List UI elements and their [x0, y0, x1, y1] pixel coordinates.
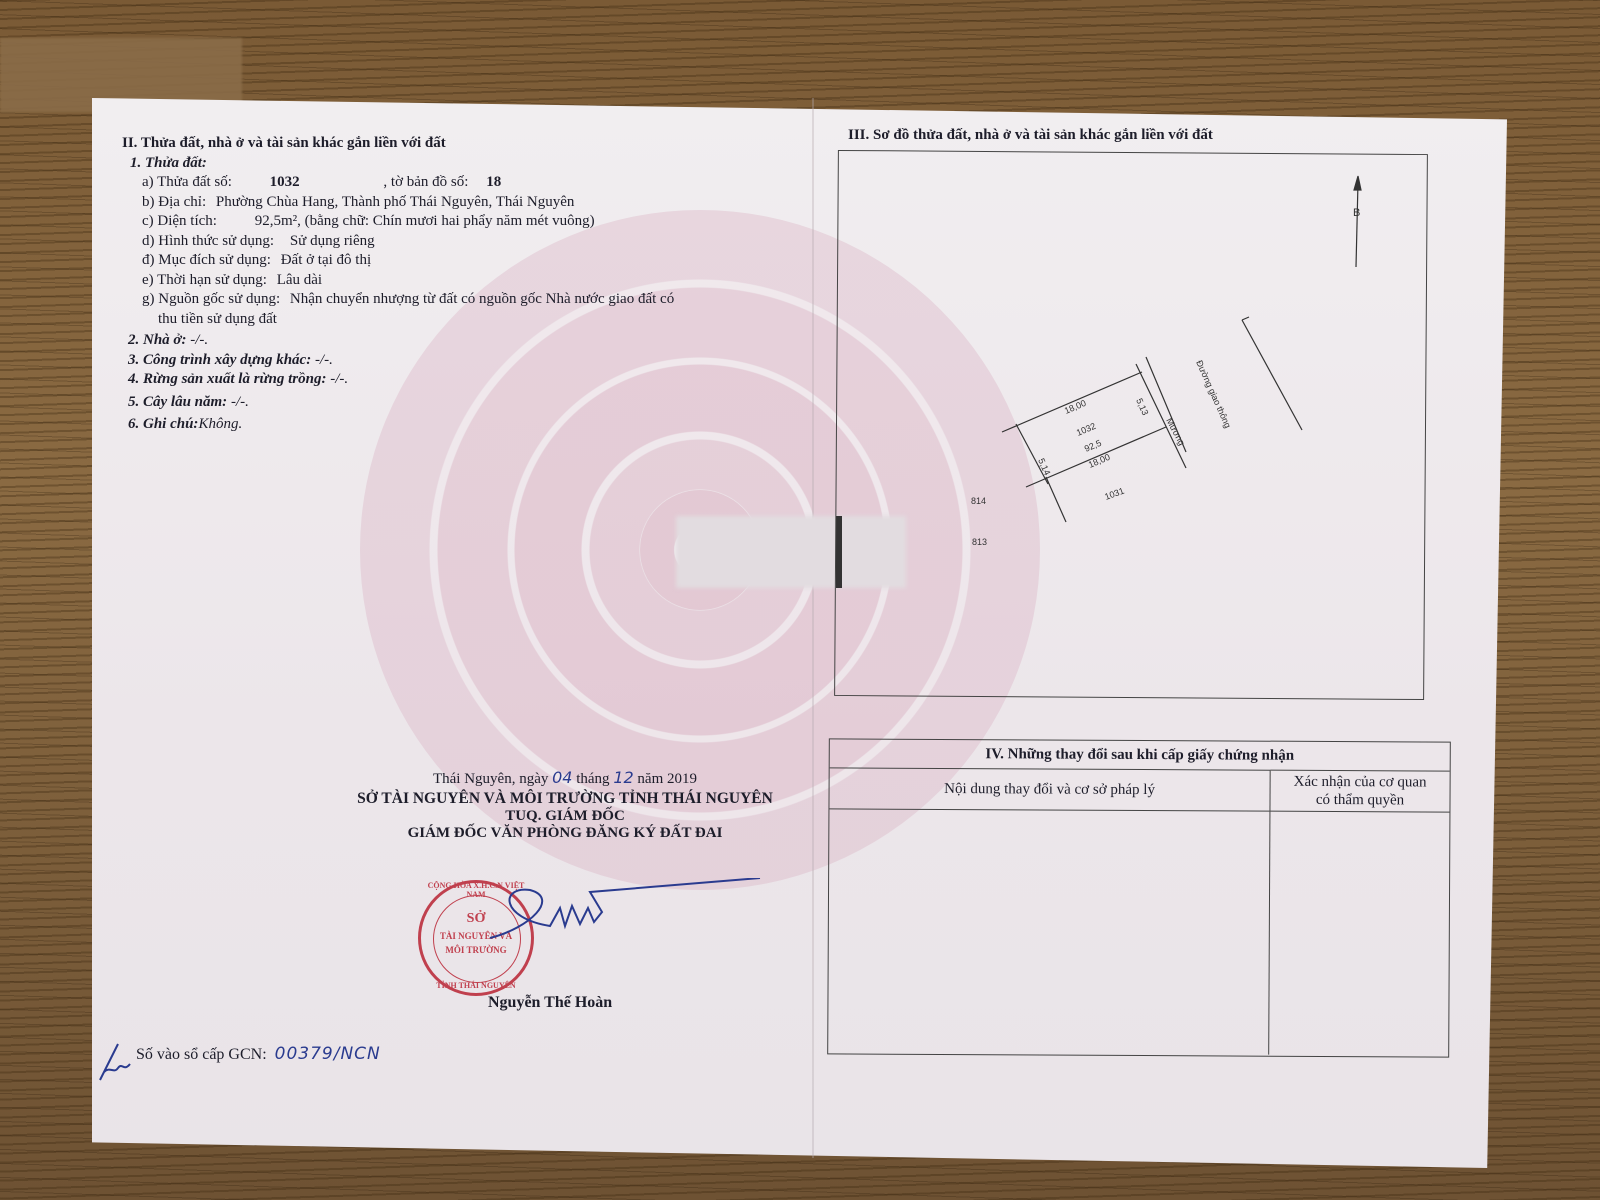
ditch-line	[1136, 364, 1186, 468]
section-land-info: II. Thửa đất, nhà ở và tài sản khác gắn …	[122, 134, 802, 435]
issue-month: 12	[613, 768, 633, 787]
address-label: b) Địa chỉ:	[142, 194, 206, 210]
map-sheet-number: 18	[486, 174, 501, 190]
area-label: c) Diện tích:	[142, 213, 217, 229]
section3-title: III. Sơ đồ thửa đất, nhà ở và tài sản kh…	[848, 127, 1213, 144]
item-production-forest: 4. Rừng sản xuất là rừng trồng: -/-.	[128, 370, 802, 390]
road-line	[1242, 320, 1302, 430]
signer-name: Nguyễn Thế Hoàn	[488, 994, 612, 1012]
issuing-org: SỞ TÀI NGUYÊN VÀ MÔI TRƯỜNG TỈNH THÁI NG…	[330, 790, 800, 808]
ditch-label: Mương	[1164, 416, 1187, 447]
issue-date: Thái Nguyên, ngày 04 tháng 12 năm 2019	[330, 768, 800, 788]
side-right-label: 5,13	[1134, 397, 1150, 417]
purpose-label: đ) Mục đích sử dụng:	[142, 252, 271, 268]
road-label: Đường giao thông	[1194, 359, 1233, 430]
use-form-value: Sử dụng riêng	[290, 233, 375, 249]
col-authority-confirmation: Xác nhận của cơ quan có thẩm quyền	[1270, 771, 1449, 813]
use-form-row: d) Hình thức sử dụng: Sử dụng riêng	[142, 232, 802, 252]
on-behalf: TUQ. GIÁM ĐỐC	[330, 808, 800, 825]
registry-value: 00379/NCN	[275, 1044, 381, 1064]
term-value: Lâu dài	[277, 272, 322, 288]
area-row: c) Diện tích: 92,5m², (bằng chữ: Chín mư…	[142, 212, 802, 232]
signer-position: GIÁM ĐỐC VĂN PHÒNG ĐĂNG KÝ ĐẤT ĐAI	[330, 825, 800, 842]
origin-label: g) Nguồn gốc sử dụng:	[142, 291, 280, 307]
north-arrow-shaft	[1356, 182, 1358, 267]
origin-row: g) Nguồn gốc sử dụng: Nhận chuyển nhượng…	[142, 290, 802, 310]
parcel-number: 1032	[270, 174, 300, 190]
neighbor-1031: 1031	[1103, 486, 1125, 502]
registry-label: Số vào sổ cấp GCN:	[136, 1046, 267, 1063]
changes-table: IV. Những thay đổi sau khi cấp giấy chứn…	[827, 738, 1451, 1057]
issue-day: 04	[552, 768, 572, 787]
item-house: 2. Nhà ở: -/-.	[128, 331, 802, 351]
term-row: e) Thời hạn sử dụng: Lâu dài	[142, 271, 802, 291]
parcel-number-label: 1032	[1075, 421, 1097, 438]
north-arrow-head	[1354, 176, 1361, 190]
neighbor-814: 814	[971, 496, 986, 506]
origin-value: Nhận chuyển nhượng từ đất có nguồn gốc N…	[290, 291, 674, 307]
land-heading: 1. Thửa đất:	[130, 154, 802, 174]
north-label: B	[1353, 207, 1360, 219]
purpose-row: đ) Mục đích sử dụng: Đất ở tại đô thị	[142, 251, 802, 271]
item-notes: 6. Ghi chú:Không.	[128, 415, 802, 435]
item-perennial-trees: 5. Cây lâu năm: -/-.	[128, 393, 802, 413]
parcel-area-label: 92,5	[1083, 438, 1103, 454]
origin-value-cont: thu tiền sử dụng đất	[158, 310, 802, 330]
purpose-value: Đất ở tại đô thị	[281, 252, 371, 268]
address-row: b) Địa chỉ: Phường Chùa Hang, Thành phố …	[142, 193, 802, 213]
item-other-construction: 3. Công trình xây dựng khác: -/-.	[128, 351, 802, 371]
use-form-label: d) Hình thức sử dụng:	[142, 233, 274, 249]
section2-title: II. Thửa đất, nhà ở và tài sản khác gắn …	[122, 134, 802, 154]
address-value: Phường Chùa Hang, Thành phố Thái Nguyên,…	[216, 194, 575, 210]
side-top-label: 18,00	[1063, 398, 1088, 416]
neighbor-813: 813	[972, 537, 987, 547]
parcel-row: a) Thửa đất số: 1032 , tờ bản đồ số: 18	[142, 173, 802, 193]
signature-block: Thái Nguyên, ngày 04 tháng 12 năm 2019 S…	[330, 768, 800, 842]
registry-number-row: Số vào sổ cấp GCN:00379/NCN	[136, 1044, 381, 1064]
page-fold	[812, 98, 814, 1158]
section4-title: IV. Những thay đổi sau khi cấp giấy chứn…	[830, 739, 1450, 771]
area-value: 92,5m², (bằng chữ: Chín mươi hai phẩy nă…	[255, 213, 595, 229]
parcel-label: a) Thửa đất số:	[142, 174, 232, 190]
parcel-diagram: B Đường giao thông Mương 18,00 1032 92,5…	[836, 152, 1426, 700]
seal-outer-bottom: TỈNH THÁI NGUYÊN	[421, 981, 531, 990]
initial-signature	[96, 1040, 136, 1084]
term-label: e) Thời hạn sử dụng:	[142, 272, 267, 288]
map-sheet-label: , tờ bản đồ số:	[383, 174, 468, 190]
handwritten-signature	[470, 878, 770, 958]
col-change-content: Nội dung thay đổi và cơ sở pháp lý	[829, 768, 1269, 811]
side-bottom-label: 18,00	[1087, 452, 1112, 470]
